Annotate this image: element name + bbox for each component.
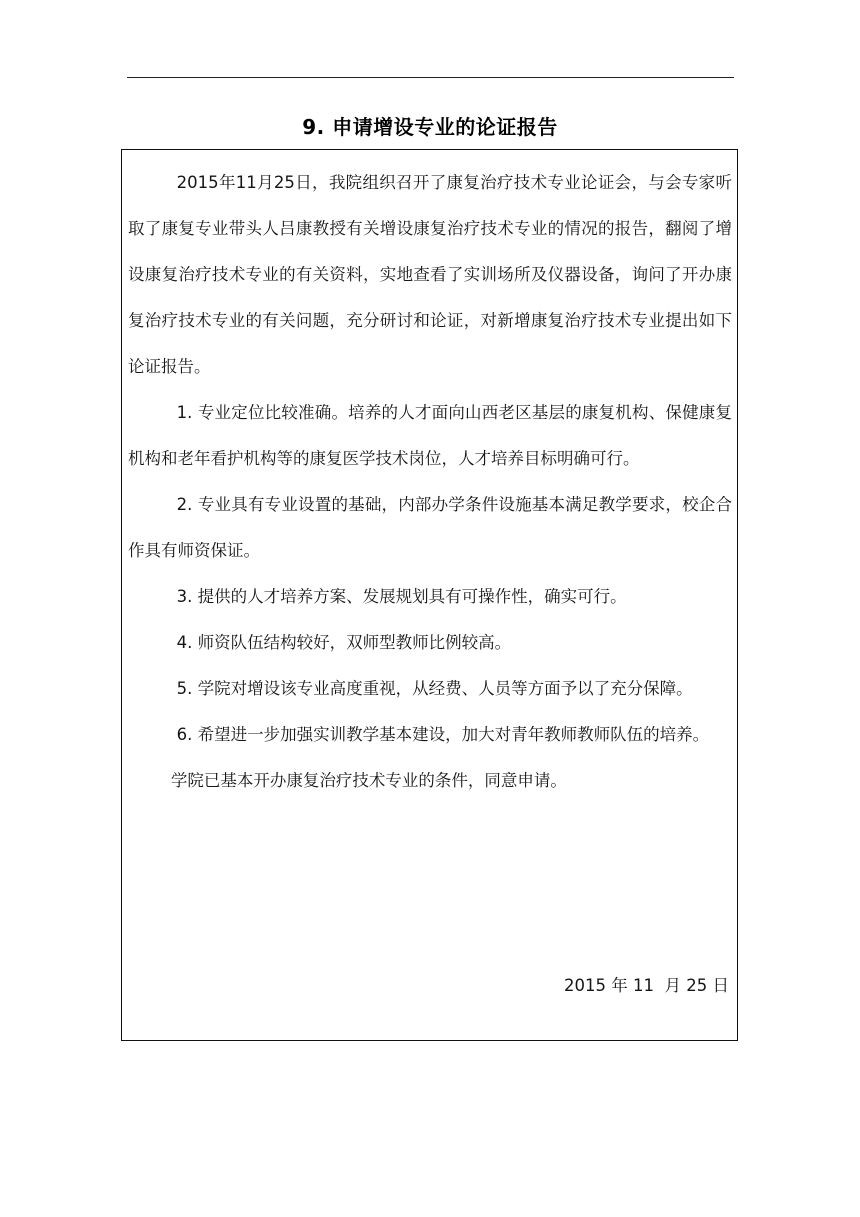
header-rule <box>127 77 734 78</box>
list-item: 4. 师资队伍结构较好，双师型教师比例较高。 <box>128 620 732 666</box>
list-item: 1. 专业定位比较准确。培养的人才面向山西老区基层的康复机构、保健康复机构和老年… <box>128 390 732 482</box>
list-item: 2. 专业具有专业设置的基础，内部办学条件设施基本满足教学要求，校企合作具有师资… <box>128 482 732 574</box>
intro-paragraph: 2015年11月25日，我院组织召开了康复治疗技术专业论证会，与会专家听取了康复… <box>128 160 732 390</box>
list-item: 5. 学院对增设该专业高度重视，从经费、人员等方面予以了充分保障。 <box>128 666 732 712</box>
signature-date: 2015 年 11 月 25 日 <box>564 966 729 1006</box>
report-body: 2015年11月25日，我院组织召开了康复治疗技术专业论证会，与会专家听取了康复… <box>128 160 732 804</box>
conclusion-paragraph: 学院已基本开办康复治疗技术专业的条件，同意申请。 <box>128 758 732 804</box>
report-box: 2015年11月25日，我院组织召开了康复治疗技术专业论证会，与会专家听取了康复… <box>121 149 738 1041</box>
list-item: 6. 希望进一步加强实训教学基本建设，加大对青年教师教师队伍的培养。 <box>128 712 732 758</box>
page-title: 9. 申请增设专业的论证报告 <box>120 110 740 144</box>
list-item: 3. 提供的人才培养方案、发展规划具有可操作性，确实可行。 <box>128 574 732 620</box>
